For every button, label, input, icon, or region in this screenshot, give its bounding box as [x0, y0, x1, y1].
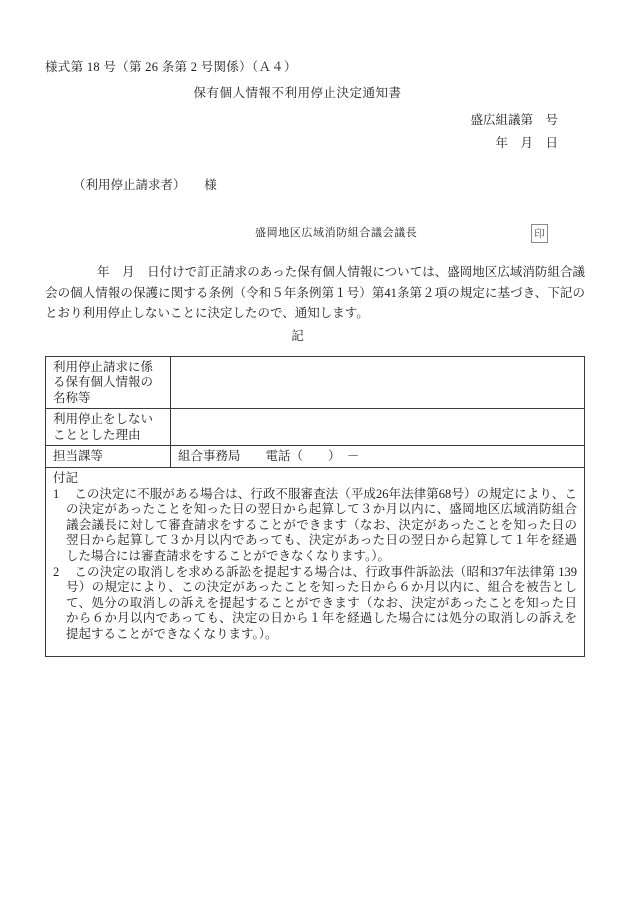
row-value-department: 組合事務局 電話（ ） － — [171, 446, 585, 468]
issuer-title: 盛岡地区広域消防組合議会議長 — [255, 226, 417, 241]
note-item-2-number: 2 — [53, 565, 59, 579]
row-value-personal-info-name — [171, 356, 585, 409]
row-label-reason: 利用停止をしないこととした理由 — [46, 409, 171, 446]
table-row-reason: 利用停止をしないこととした理由 — [46, 409, 585, 446]
seal-box: 印 — [531, 224, 548, 243]
body-paragraph: 年 月 日付けで訂正請求のあった保有個人情報については、盛岡地区広域消防組合議会… — [45, 262, 585, 324]
table-row-personal-info-name: 利用停止請求に係る保有個人情報の名称等 — [46, 356, 585, 409]
document-page: 様式第 18 号（第 26 条第 2 号関係）（Ａ４） 保有個人情報不利用停止決… — [0, 0, 630, 903]
document-content: 様式第 18 号（第 26 条第 2 号関係）（Ａ４） 保有個人情報不利用停止決… — [0, 0, 630, 657]
addressee-line: （利用停止請求者） 様 — [45, 178, 585, 193]
record-heading: 記 — [45, 329, 585, 343]
document-number-line: 盛広組議第 号 — [45, 113, 585, 128]
note-item-2: 2この決定の取消しを求める訴訟を提起する場合は、行政事件訴訟法（昭和37年法律第… — [53, 565, 577, 643]
notes-cell: 付記 1この決定に不服がある場合は、行政不服審査法（平成26年法律第68号）の規… — [46, 468, 585, 657]
table-row-notes: 付記 1この決定に不服がある場合は、行政不服審査法（平成26年法律第68号）の規… — [46, 468, 585, 657]
form-number-line: 様式第 18 号（第 26 条第 2 号関係）（Ａ４） — [45, 60, 585, 75]
note-item-1: 1この決定に不服がある場合は、行政不服審査法（平成26年法律第68号）の規定によ… — [53, 487, 577, 565]
date-line: 年 月 日 — [45, 136, 585, 151]
note-item-1-number: 1 — [53, 487, 59, 501]
row-label-department: 担当課等 — [46, 446, 171, 468]
note-item-1-text: この決定に不服がある場合は、行政不服審査法（平成26年法律第68号）の規定により… — [66, 487, 577, 563]
note-item-2-text: この決定の取消しを求める訴訟を提起する場合は、行政事件訴訟法（昭和37年法律第 … — [66, 565, 577, 641]
row-label-personal-info-name: 利用停止請求に係る保有個人情報の名称等 — [46, 356, 171, 409]
document-title: 保有個人情報不利用停止決定通知書 — [45, 86, 585, 101]
row-value-reason — [171, 409, 585, 446]
notes-heading: 付記 — [53, 471, 577, 487]
details-table: 利用停止請求に係る保有個人情報の名称等 利用停止をしないこととした理由 担当課等… — [45, 356, 585, 658]
issuer-row: 盛岡地区広域消防組合議会議長 印 — [45, 224, 585, 243]
table-row-department: 担当課等 組合事務局 電話（ ） － — [46, 446, 585, 468]
